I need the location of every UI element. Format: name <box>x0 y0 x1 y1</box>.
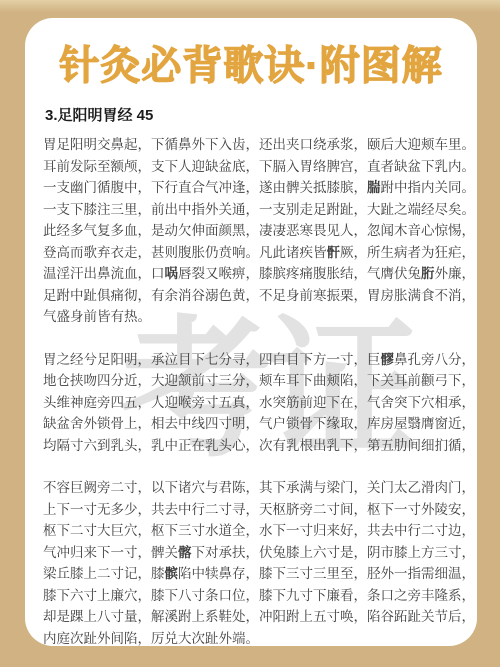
page-title: 针灸必背歌诀·附图解 <box>43 42 459 90</box>
verse-line: 地仓挟吻四分近，大迎颔前寸三分，颊车耳下曲颊陷，下关耳前颧弓下， <box>43 370 459 392</box>
verse-line: 耳前发际至额颅，支下人迎缺盆底，下膈入胃络脾宫，直者缺盆下乳内。 <box>43 156 459 178</box>
verse-line: 气盛身前皆有热。 <box>43 306 459 328</box>
verse-line: 足跗中趾俱痛彻，有余消谷溺色黄，不足身前寒振栗，胃房胀满食不消， <box>43 285 459 307</box>
verse-line: 均隔寸六到乳头，乳中正在乳头心，次有乳根出乳下，第五肋间细扪循， <box>43 435 459 457</box>
verse-line: 胃足阳明交鼻起，下循鼻外下入齿，还出夹口绕承浆，颐后大迎颊车里。 <box>43 134 459 156</box>
content-card: 考证 针灸必背歌诀·附图解 3.足阳明胃经 45 胃足阳明交鼻起，下循鼻外下入齿… <box>25 18 477 646</box>
verse-paragraph: 不容巨阙旁二寸，以下诸穴与君陈，其下承满与梁门，关门太乙滑肉门，上下一寸无多少，… <box>43 477 459 646</box>
verse-paragraph: 胃足阳明交鼻起，下循鼻外下入齿，还出夹口绕承浆，颐后大迎颊车里。耳前发际至额颅，… <box>43 134 459 328</box>
verse-line: 此经多气复多血，是动欠伸面颜黑，凄凄恶寒畏见人，忽闻木音心惊惕， <box>43 220 459 242</box>
verse-paragraph: 胃之经兮足阳明，承泣目下七分寻，四白目下方一寸，巨髎鼻孔旁八分，地仓挟吻四分近，… <box>43 349 459 457</box>
verse-line: 膝下六寸上廉穴，膝下八寸条口位，膝下九寸下廉看，条口之旁丰隆系， <box>43 585 459 607</box>
verse-paragraphs: 胃足阳明交鼻起，下循鼻外下入齿，还出夹口绕承浆，颐后大迎颊车里。耳前发际至额颅，… <box>43 134 459 646</box>
verse-line: 内庭次趾外间陷，厉兑大次趾外端。 <box>43 628 459 647</box>
section-heading: 3.足阳明胃经 45 <box>45 104 459 125</box>
verse-line: 梁丘膝上二寸记，膝髌陷中犊鼻存，膝下三寸三里至，胫外一指需细温， <box>43 563 459 585</box>
verse-line: 气冲归来下一寸，髀关髂下对承扶，伏兔膝上六寸是，阴市膝上方三寸， <box>43 542 459 564</box>
verse-line: 上下一寸无多少，共去中行二寸寻，天枢脐旁二寸间，枢下一寸外陵安， <box>43 499 459 521</box>
verse-line: 头维神庭旁四五，人迎喉旁寸五真，水突筋前迎下在，气舍突下穴相承， <box>43 392 459 414</box>
verse-line: 却是踝上八寸量，解溪跗上系鞋处，冲阳跗上五寸唤，陷谷跖趾关节后， <box>43 606 459 628</box>
verse-line: 缺盆舍外锁骨上，相去中线四寸明，气户锁骨下缘取，库房屋翳膺窗近， <box>43 413 459 435</box>
verse-line: 枢下二寸大巨穴，枢下三寸水道全，水下一寸归来好，共去中行二寸边， <box>43 520 459 542</box>
verse-line: 温淫汗出鼻流血，口㖞唇裂又喉痹，膝膑疼痛腹胀结，气膺伏兔胻外廉， <box>43 263 459 285</box>
verse-line: 一支幽门循腹中，下行直合气冲逢，遂由髀关抵膝膑，腨跗中指内关同。 <box>43 177 459 199</box>
verse-line: 登高而歌弃衣走，甚则腹胀仍贲响。凡此诸疾皆骭厥，所生病者为狂疟， <box>43 242 459 264</box>
verse-line: 胃之经兮足阳明，承泣目下七分寻，四白目下方一寸，巨髎鼻孔旁八分， <box>43 349 459 371</box>
verse-line: 一支下膝注三里，前出中指外关通，一支别走足跗趾，大趾之端经尽矣。 <box>43 199 459 221</box>
verse-line: 不容巨阙旁二寸，以下诸穴与君陈，其下承满与梁门，关门太乙滑肉门， <box>43 477 459 499</box>
